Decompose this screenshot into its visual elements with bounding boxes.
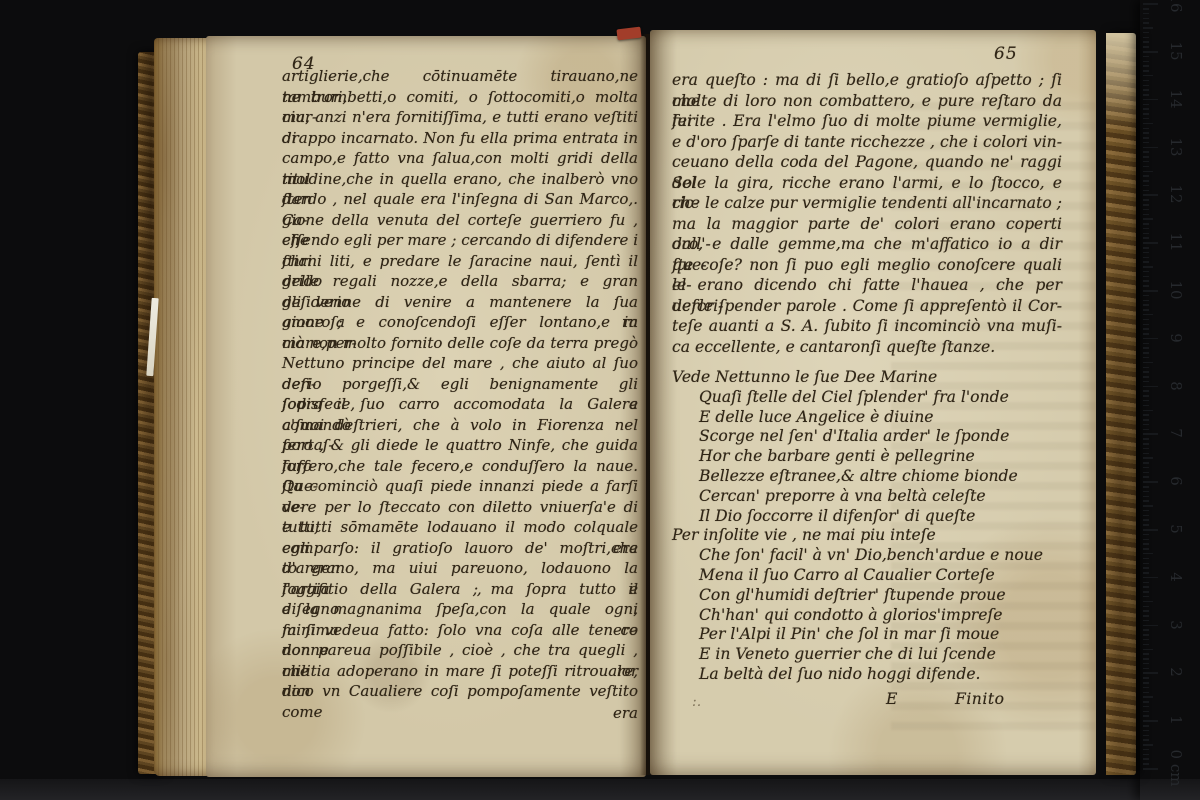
ruler-tick bbox=[1143, 706, 1149, 708]
ruler-tick bbox=[1143, 644, 1149, 646]
ruler-tick bbox=[1143, 51, 1158, 53]
ruler-tick bbox=[1143, 433, 1158, 435]
poem-line: E delle luce Angelice è diuine bbox=[672, 408, 1082, 428]
ruler-tick bbox=[1143, 175, 1149, 177]
ruler-tick bbox=[1143, 151, 1149, 153]
ruler-tick bbox=[1143, 147, 1158, 149]
ruler-tick bbox=[1143, 214, 1149, 216]
ruler-tick bbox=[1143, 309, 1149, 311]
ruler-tick bbox=[1143, 763, 1149, 765]
poem-line: Per l'Alpi il Pin' che ſol in mar ſi mou… bbox=[672, 625, 1082, 645]
ruler-tick bbox=[1143, 677, 1149, 679]
ruler-tick bbox=[1143, 247, 1149, 249]
text-line: dere per lo ſteccato con diletto vniuerſ… bbox=[282, 497, 638, 518]
ruler-tick bbox=[1143, 70, 1149, 72]
ruler-tick bbox=[1143, 519, 1149, 521]
poem-line: Bellezze eſtranee,& altre chiome bionde bbox=[672, 467, 1082, 487]
right-page-poem: Vede Nettunno le ſue Dee MarineQuaſi ſte… bbox=[672, 368, 1082, 685]
text-line: Nettuno principe del mare , che aiuto al… bbox=[282, 353, 638, 374]
text-line: dardo , nel quale era l'inſegna di San M… bbox=[282, 189, 638, 210]
ruler-tick bbox=[1143, 333, 1149, 335]
ruler-tick bbox=[1143, 32, 1149, 34]
ruler-tick bbox=[1143, 405, 1149, 407]
ruler-tick bbox=[1143, 271, 1149, 273]
ruler-tick bbox=[1143, 300, 1149, 302]
ruler-tick bbox=[1143, 725, 1149, 727]
text-line: ſero , & gli diede le quattro Ninfe, che… bbox=[282, 435, 638, 456]
ruler-tick bbox=[1143, 658, 1149, 660]
ruler-number: 4 bbox=[1167, 572, 1185, 582]
poem-line: Vede Nettunno le ſue Dee Marine bbox=[672, 368, 1082, 388]
ruler-tick bbox=[1143, 386, 1158, 388]
ruler-tick bbox=[1143, 663, 1149, 665]
ruler-number: 2 bbox=[1167, 668, 1185, 678]
right-page-number: 65 bbox=[994, 44, 1018, 64]
ruler-tick bbox=[1143, 362, 1153, 364]
ruler-tick bbox=[1143, 687, 1149, 689]
ruler-tick bbox=[1143, 472, 1149, 474]
text-line: ceuano della coda del Pagone, quando ne'… bbox=[672, 152, 1062, 173]
ruler-number: 12 bbox=[1167, 185, 1185, 204]
table-surface bbox=[0, 779, 1200, 800]
ruler-tick bbox=[1143, 13, 1149, 15]
text-line: ſta cominciò quaſi piede innanzi piede a… bbox=[282, 476, 638, 497]
ruler-tick bbox=[1143, 567, 1149, 569]
poem-line: Ch'han' qui condotto à glorios'impreſe bbox=[672, 606, 1082, 626]
ruler-number: 14 bbox=[1167, 89, 1185, 108]
ruler-number: 3 bbox=[1167, 620, 1185, 630]
text-line: e la magnanima ſpeſa,con la quale ogni m… bbox=[282, 599, 638, 620]
ruler-tick bbox=[1143, 233, 1149, 235]
ruler-tick bbox=[1143, 682, 1149, 684]
ruler-tick bbox=[1143, 314, 1153, 316]
ruler-tick bbox=[1143, 132, 1149, 134]
text-line: gione ; e conoſcendoſi eſſer lontano,e i… bbox=[282, 312, 638, 333]
ruler-tick bbox=[1143, 209, 1149, 211]
text-line: e tutti sōmamēte lodauano il modo colqua… bbox=[282, 517, 638, 538]
text-line: ſtiani liti, e predare le ſaracine naui,… bbox=[282, 251, 638, 272]
ruler-tick bbox=[1143, 37, 1149, 39]
ruler-tick bbox=[1143, 80, 1149, 82]
ruler-tick bbox=[1143, 395, 1149, 397]
ruler-number: 16 bbox=[1167, 0, 1185, 13]
ruler-tick bbox=[1143, 400, 1149, 402]
ruler-tick bbox=[1143, 701, 1149, 703]
ruler-tick bbox=[1143, 596, 1149, 598]
right-page: 65 era queſto : ma di ſi bello,e gratioſ… bbox=[650, 30, 1096, 775]
ruler-tick bbox=[1143, 577, 1158, 579]
ruler-tick bbox=[1143, 481, 1158, 483]
ruler-tick bbox=[1143, 739, 1149, 741]
ruler-number: 9 bbox=[1167, 333, 1185, 343]
ruler-number: 1 bbox=[1167, 715, 1185, 725]
ruler-tick bbox=[1143, 453, 1149, 455]
ruler-tick bbox=[1143, 61, 1149, 63]
text-line: gli venne di venire a mantenere la ſua a… bbox=[282, 292, 638, 313]
ruler-tick bbox=[1143, 582, 1149, 584]
text-line: ferite . Era l'elmo ſuo di molte piume v… bbox=[672, 111, 1062, 132]
ruler-tick bbox=[1143, 443, 1149, 445]
ruler-tick bbox=[1143, 218, 1153, 220]
ruler-tick bbox=[1143, 142, 1149, 144]
ruler-number: 7 bbox=[1167, 429, 1185, 439]
ruler-tick bbox=[1143, 338, 1158, 340]
ruler-tick bbox=[1143, 744, 1153, 746]
signature-mark: E bbox=[886, 690, 897, 708]
ruler-tick bbox=[1143, 591, 1149, 593]
ruler-tick bbox=[1143, 113, 1149, 115]
text-line: gione della venuta del corteſe guerriero… bbox=[282, 210, 638, 231]
ruler-number: 15 bbox=[1167, 41, 1185, 60]
ruler-tick bbox=[1143, 424, 1149, 426]
ruler-tick bbox=[1143, 586, 1149, 588]
ruler-tick bbox=[1143, 65, 1149, 67]
ruler-tick bbox=[1143, 601, 1153, 603]
ruler-tick bbox=[1143, 486, 1149, 488]
text-line: uerle ſpender parole . Come ſi appreſent… bbox=[672, 296, 1062, 317]
poem-line: Quaſi ſtelle del Ciel ſplender' fra l'on… bbox=[672, 388, 1082, 408]
ruler-tick bbox=[1143, 758, 1149, 760]
ruler-tick bbox=[1143, 171, 1153, 173]
text-line: eſſendo egli per mare ; cercando di dife… bbox=[282, 230, 638, 251]
ruler-number: 6 bbox=[1167, 476, 1185, 486]
text-line: l'artifitio della Galera ; ma ſopra tutt… bbox=[282, 579, 638, 600]
ruler-tick bbox=[1143, 290, 1158, 292]
ruler-tick bbox=[1143, 347, 1149, 349]
ruler-tick bbox=[1143, 266, 1153, 268]
ruler-tick bbox=[1143, 720, 1158, 722]
text-line: fuſſero,che tale fecero,e conduſſero la … bbox=[282, 456, 638, 477]
text-line: oro, e dalle gemme,ma che m'affatico io … bbox=[672, 234, 1062, 255]
ruler-tick bbox=[1143, 529, 1158, 531]
text-line: ma la maggior parte de' colori erano cop… bbox=[672, 214, 1062, 235]
ruler-tick bbox=[1143, 410, 1153, 412]
ruler-tick bbox=[1143, 89, 1149, 91]
text-line: non pareua poſſibile , cioè , che tra qu… bbox=[282, 640, 638, 661]
ruler-tick bbox=[1143, 672, 1158, 674]
ruler-tick bbox=[1143, 304, 1149, 306]
text-line: derio porgeſſi,& egli benignamente gli ſ… bbox=[282, 374, 638, 395]
ruler-number: 5 bbox=[1167, 524, 1185, 534]
ruler-tick bbox=[1143, 22, 1149, 24]
ruler-tick bbox=[1143, 190, 1149, 192]
text-line: le erano dicendo chi fatte l'hauea , che… bbox=[672, 275, 1062, 296]
left-page-lines: artiglierie,che cōtinuamēte tirauano,ne … bbox=[282, 66, 638, 702]
ruler-tick bbox=[1143, 161, 1149, 163]
poem-line: Scorge nel ſen' d'Italia arder' le ſpond… bbox=[672, 427, 1082, 447]
ruler-tick bbox=[1143, 261, 1149, 263]
ruler-tick bbox=[1143, 18, 1149, 20]
text-line: artiglierie,che cōtinuamēte tirauano,ne … bbox=[282, 66, 638, 87]
left-page: 64 artiglierie,che cōtinuamēte tirauano,… bbox=[206, 36, 646, 777]
ruler-tick bbox=[1143, 371, 1149, 373]
ruler-tick bbox=[1143, 166, 1149, 168]
ruler-tick bbox=[1143, 46, 1149, 48]
text-line: ca eccellente, e cantaronſi queſte ſtanz… bbox=[672, 337, 1062, 358]
text-line: campo,e fatto vna ſalua,con molti gridi … bbox=[282, 148, 638, 169]
ruler-tick bbox=[1143, 185, 1149, 187]
ruler-tick bbox=[1143, 137, 1149, 139]
ruler-tick bbox=[1143, 41, 1149, 43]
ruler-tick bbox=[1143, 367, 1149, 369]
text-line: ſopra il ſuo carro accomodata la Galera … bbox=[282, 394, 638, 415]
text-line: molte di loro non combattero, e pure reſ… bbox=[672, 91, 1062, 112]
ruler-tick bbox=[1143, 429, 1149, 431]
text-line: delle regali nozze,e della sbarra; e gra… bbox=[282, 271, 638, 292]
text-line: teſe auanti a S. A. ſubito ſi incominciò… bbox=[672, 316, 1062, 337]
ruler-tick bbox=[1143, 252, 1149, 254]
ruler-tick bbox=[1143, 510, 1149, 512]
ruler-number: 13 bbox=[1167, 137, 1185, 156]
ruler-tick bbox=[1143, 768, 1158, 770]
ruler-tick bbox=[1143, 295, 1149, 297]
ruler-tick bbox=[1143, 99, 1158, 101]
ruler-tick bbox=[1143, 715, 1149, 717]
poem-line: Che ſon' facil' à vn' Dio,bench'ardue e … bbox=[672, 546, 1082, 566]
ruler: 0 cm12345678910111213141516 bbox=[1140, 0, 1200, 800]
poem-line: Per inſolite vie , ne mai piu inteſe bbox=[672, 526, 1082, 546]
finito-label: Finito bbox=[955, 690, 1005, 708]
ruler-tick bbox=[1143, 75, 1153, 77]
text-line: ſte coſe? non ſi puo egli meglio conoſce… bbox=[672, 255, 1062, 276]
text-line: titudine,che in quella erano, che inalbe… bbox=[282, 169, 638, 190]
ruler-tick bbox=[1143, 620, 1149, 622]
text-line: e d'oro ſparſe di tante ricchezze , che … bbox=[672, 132, 1062, 153]
ruler-tick bbox=[1143, 639, 1149, 641]
ruler-tick bbox=[1143, 491, 1149, 493]
text-line: ma, anzi n'era fornitiſſima, e tutti era… bbox=[282, 107, 638, 128]
ruler-tick bbox=[1143, 381, 1149, 383]
ruler-tick bbox=[1143, 27, 1153, 29]
ruler-number: 8 bbox=[1167, 381, 1185, 391]
ruler-tick bbox=[1143, 606, 1149, 608]
ruler-tick bbox=[1143, 104, 1149, 106]
ruler-tick bbox=[1143, 653, 1149, 655]
ruler-tick bbox=[1143, 649, 1153, 651]
ruler-tick bbox=[1143, 204, 1149, 206]
poem-line: Mena il ſuo Carro al Caualier Corteſe bbox=[672, 566, 1082, 586]
ruler-tick bbox=[1143, 390, 1149, 392]
poem-line: Con gl'humidi deſtrier' ſtupende proue bbox=[672, 586, 1082, 606]
ruler-tick bbox=[1143, 276, 1149, 278]
ruler-tick bbox=[1143, 223, 1149, 225]
ruler-tick bbox=[1143, 343, 1149, 345]
colophon-line: E Finito bbox=[672, 690, 1072, 712]
ruler-tick bbox=[1143, 735, 1149, 737]
ruler-tick bbox=[1143, 257, 1149, 259]
ruler-tick bbox=[1143, 629, 1149, 631]
ruler-tick bbox=[1143, 505, 1153, 507]
ruler-tick bbox=[1143, 448, 1149, 450]
text-line: era queſto : ma di ſi bello,e gratioſo a… bbox=[672, 70, 1062, 91]
catchword: era bbox=[282, 703, 638, 723]
text-line: ſa ſi vedeua fatto: ſolo vna coſa alle t… bbox=[282, 620, 638, 641]
ruler-tick bbox=[1143, 462, 1149, 464]
text-line: comparſo: il gratioſo lauoro de' moſtri,… bbox=[282, 538, 638, 559]
ruler-tick bbox=[1143, 194, 1158, 196]
ruler-tick bbox=[1143, 352, 1149, 354]
text-line: Sole la gira, ricche erano l'armi, e lo … bbox=[672, 173, 1062, 194]
ruler-tick bbox=[1143, 438, 1149, 440]
ruler-tick bbox=[1143, 56, 1149, 58]
ruler-tick bbox=[1143, 625, 1158, 627]
ruler-tick bbox=[1143, 543, 1149, 545]
ruler-tick bbox=[1143, 524, 1149, 526]
ruler-tick bbox=[1143, 539, 1149, 541]
ruler-tick bbox=[1143, 534, 1149, 536]
text-line: che le calze pur vermiglie tendenti all'… bbox=[672, 193, 1062, 214]
ruler-number: 11 bbox=[1167, 233, 1185, 252]
ruler-tick bbox=[1143, 328, 1149, 330]
ruler-tick bbox=[1143, 128, 1149, 130]
ruler-tick bbox=[1143, 668, 1149, 670]
poem-line: La beltà del ſuo nido hoggi difende. bbox=[672, 665, 1082, 685]
ruler-tick bbox=[1143, 749, 1149, 751]
ruler-tick bbox=[1143, 324, 1149, 326]
text-line: ne trombetti,o comiti, o ſottocomiti,o m… bbox=[282, 87, 638, 108]
book-photo: 64 artiglierie,che cōtinuamēte tirauano,… bbox=[0, 0, 1200, 800]
ruler-tick bbox=[1143, 711, 1149, 713]
ruler-tick bbox=[1143, 319, 1149, 321]
poem-line: Cercan' preporre à vna beltà celeſte bbox=[672, 487, 1082, 507]
ruler-tick bbox=[1143, 357, 1149, 359]
ruler-tick bbox=[1143, 108, 1149, 110]
page-stack-fore-edge bbox=[154, 38, 214, 776]
ruler-tick bbox=[1143, 180, 1149, 182]
ruler-tick bbox=[1143, 692, 1149, 694]
ruler-tick bbox=[1143, 118, 1149, 120]
right-page-prose: era queſto : ma di ſi bello,e gratioſo a… bbox=[672, 70, 1062, 357]
ruler-tick bbox=[1143, 558, 1149, 560]
ruler-tick bbox=[1143, 548, 1149, 550]
ruler-tick bbox=[1143, 94, 1149, 96]
ruler-tick bbox=[1143, 280, 1149, 282]
ruler-tick bbox=[1143, 242, 1158, 244]
text-line: a'ſuoi deſtrieri, che à volo in Fiorenza… bbox=[282, 415, 638, 436]
ruler-tick bbox=[1143, 285, 1149, 287]
ruler-tick bbox=[1143, 500, 1149, 502]
ruler-tick bbox=[1143, 476, 1149, 478]
ruler-number: 0 cm bbox=[1167, 750, 1185, 787]
ruler-tick bbox=[1143, 730, 1149, 732]
text-line: to erano, ma uiui pareuono, lodauono la … bbox=[282, 558, 638, 579]
ruler-number: 10 bbox=[1167, 280, 1185, 299]
ruler-tick bbox=[1143, 457, 1153, 459]
ruler-tick bbox=[1143, 553, 1153, 555]
ruler-tick bbox=[1143, 696, 1153, 698]
ruler-tick bbox=[1143, 572, 1149, 574]
ruler-tick bbox=[1143, 85, 1149, 87]
ruler-tick bbox=[1143, 467, 1149, 469]
ruler-tick bbox=[1143, 496, 1149, 498]
ruler-tick bbox=[1143, 754, 1149, 756]
text-line: militia adoperano in mare ſi poteſſi rit… bbox=[282, 661, 638, 682]
ruler-tick bbox=[1143, 376, 1149, 378]
ruler-tick bbox=[1143, 156, 1149, 158]
ruler-tick bbox=[1143, 615, 1149, 617]
ruler-tick bbox=[1143, 634, 1149, 636]
poem-line: Il Dio ſoccorre il difenſor' di queſte bbox=[672, 507, 1082, 527]
book-cover-edge-right bbox=[1106, 33, 1136, 775]
ruler-tick bbox=[1143, 563, 1149, 565]
ruler-tick bbox=[1143, 237, 1149, 239]
ruler-tick bbox=[1143, 199, 1149, 201]
poem-line: Hor che barbare genti è pellegrine bbox=[672, 447, 1082, 467]
ruler-tick bbox=[1143, 228, 1149, 230]
text-line: ciò non molto fornito delle coſe da terr… bbox=[282, 333, 638, 354]
text-line: drappo incarnato. Non fu ella prima entr… bbox=[282, 128, 638, 149]
text-line: dico vn Caualiere coſi pompoſamente veſt… bbox=[282, 681, 638, 702]
ruler-tick bbox=[1143, 414, 1149, 416]
ruler-tick bbox=[1143, 123, 1153, 125]
poem-line: E in Veneto guerrier che di lui ſcende bbox=[672, 645, 1082, 665]
ruler-tick bbox=[1143, 8, 1149, 10]
ruler-tick bbox=[1143, 419, 1149, 421]
ruler-tick bbox=[1143, 515, 1149, 517]
ruler-tick bbox=[1143, 3, 1158, 5]
ruler-tick bbox=[1143, 610, 1149, 612]
closed-pages-edge bbox=[1094, 36, 1106, 772]
